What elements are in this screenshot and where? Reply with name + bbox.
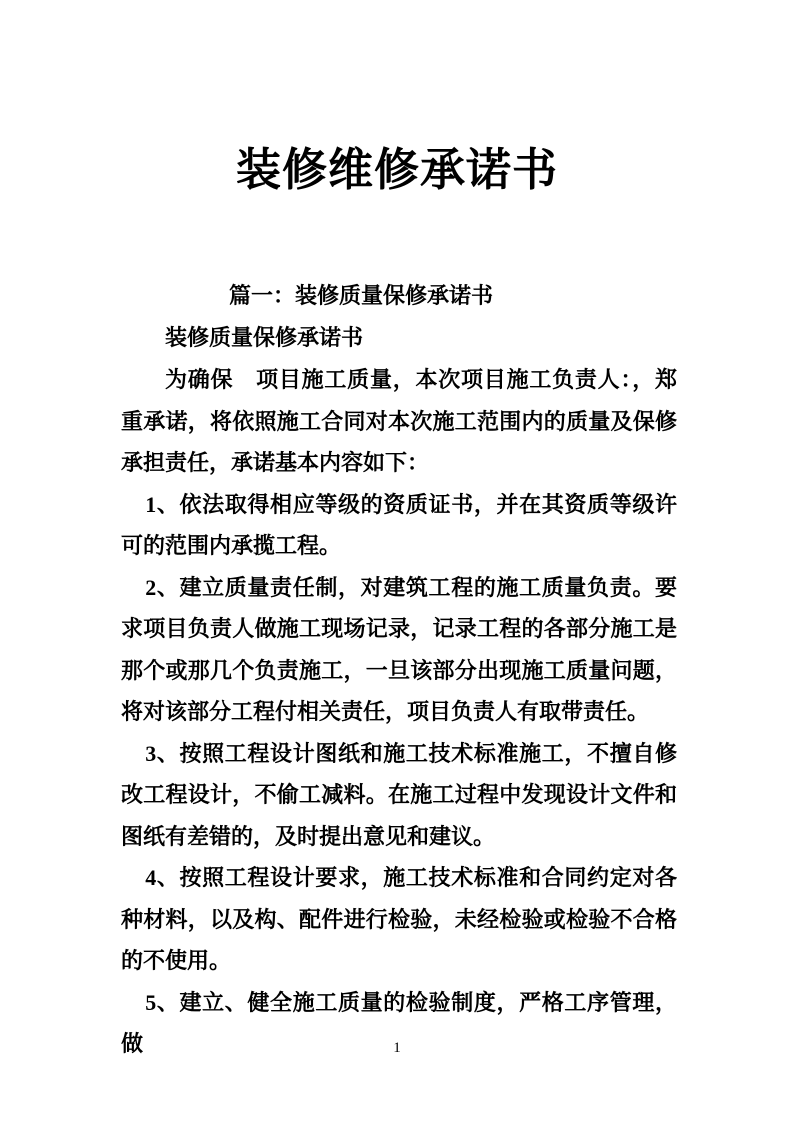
document-title: 装修维修承诺书 xyxy=(0,140,794,200)
section-heading: 篇一：装修质量保修承诺书 xyxy=(121,275,677,317)
document-page: 装修维修承诺书 篇一：装修质量保修承诺书 装修质量保修承诺书 为确保 项目施工质… xyxy=(0,0,794,1123)
paragraph-item-2: 2、建立质量责任制，对建筑工程的施工质量负责。要求项目负责人做施工现场记录，记录… xyxy=(121,567,677,733)
paragraph-intro: 为确保 项目施工质量，本次项目施工负责人：，郑重承诺，将依照施工合同对本次施工范… xyxy=(121,359,677,484)
paragraph-item-4: 4、按照工程设计要求，施工技术标准和合同约定对各种材料，以及构、配件进行检验，未… xyxy=(121,857,677,982)
document-body: 篇一：装修质量保修承诺书 装修质量保修承诺书 为确保 项目施工质量，本次项目施工… xyxy=(121,275,677,1065)
page-number: 1 xyxy=(0,1038,794,1058)
subsection-heading: 装修质量保修承诺书 xyxy=(121,317,677,359)
paragraph-item-1: 1、依法取得相应等级的资质证书，并在其资质等级许可的范围内承揽工程。 xyxy=(121,484,677,567)
paragraph-item-3: 3、按照工程设计图纸和施工技术标准施工，不擅自修改工程设计，不偷工减料。在施工过… xyxy=(121,733,677,858)
